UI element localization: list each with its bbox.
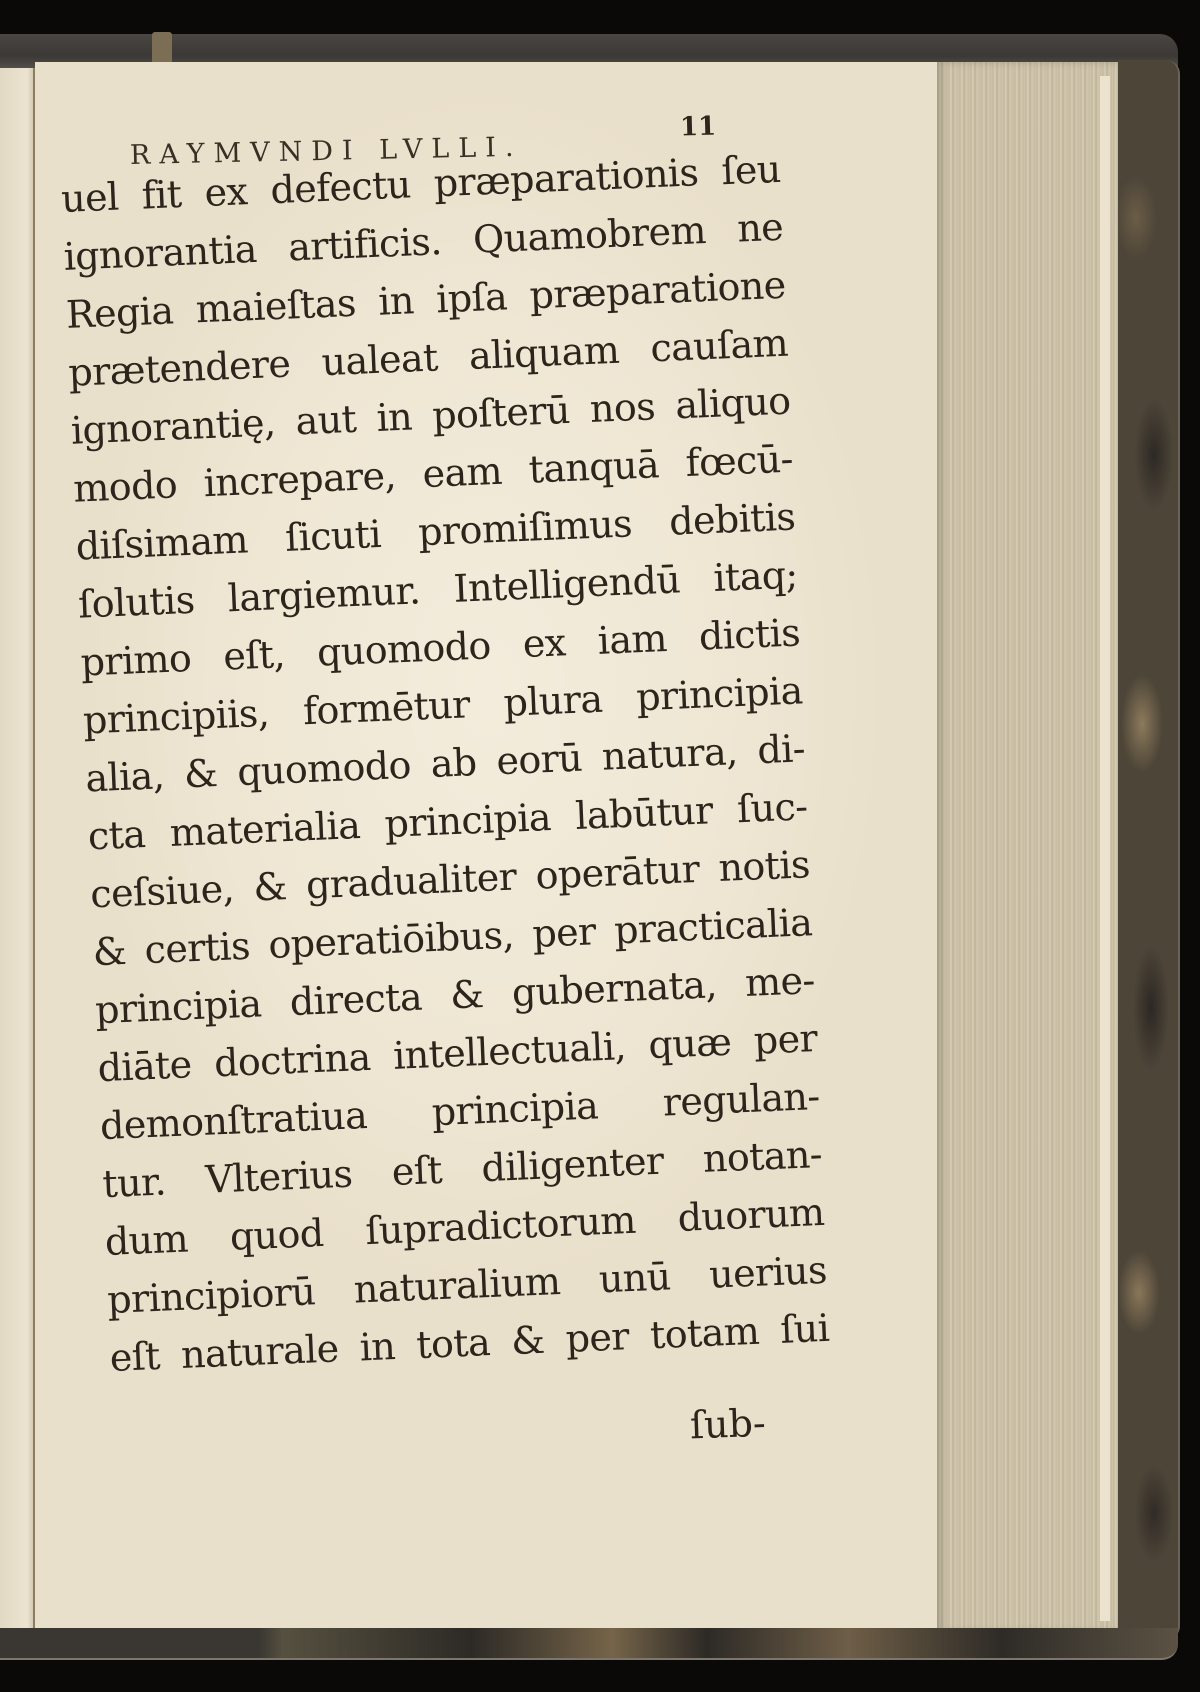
facing-page-edge	[0, 68, 34, 1630]
catchword: ſub-	[689, 1401, 766, 1448]
book-board-right	[1118, 60, 1180, 1640]
body-text: uel fit ex defectu præparationis ſeu ign…	[60, 140, 830, 1387]
page-number: 11	[680, 112, 717, 143]
book-fore-edge	[936, 62, 1118, 1632]
book-board-bottom	[0, 1628, 1178, 1660]
